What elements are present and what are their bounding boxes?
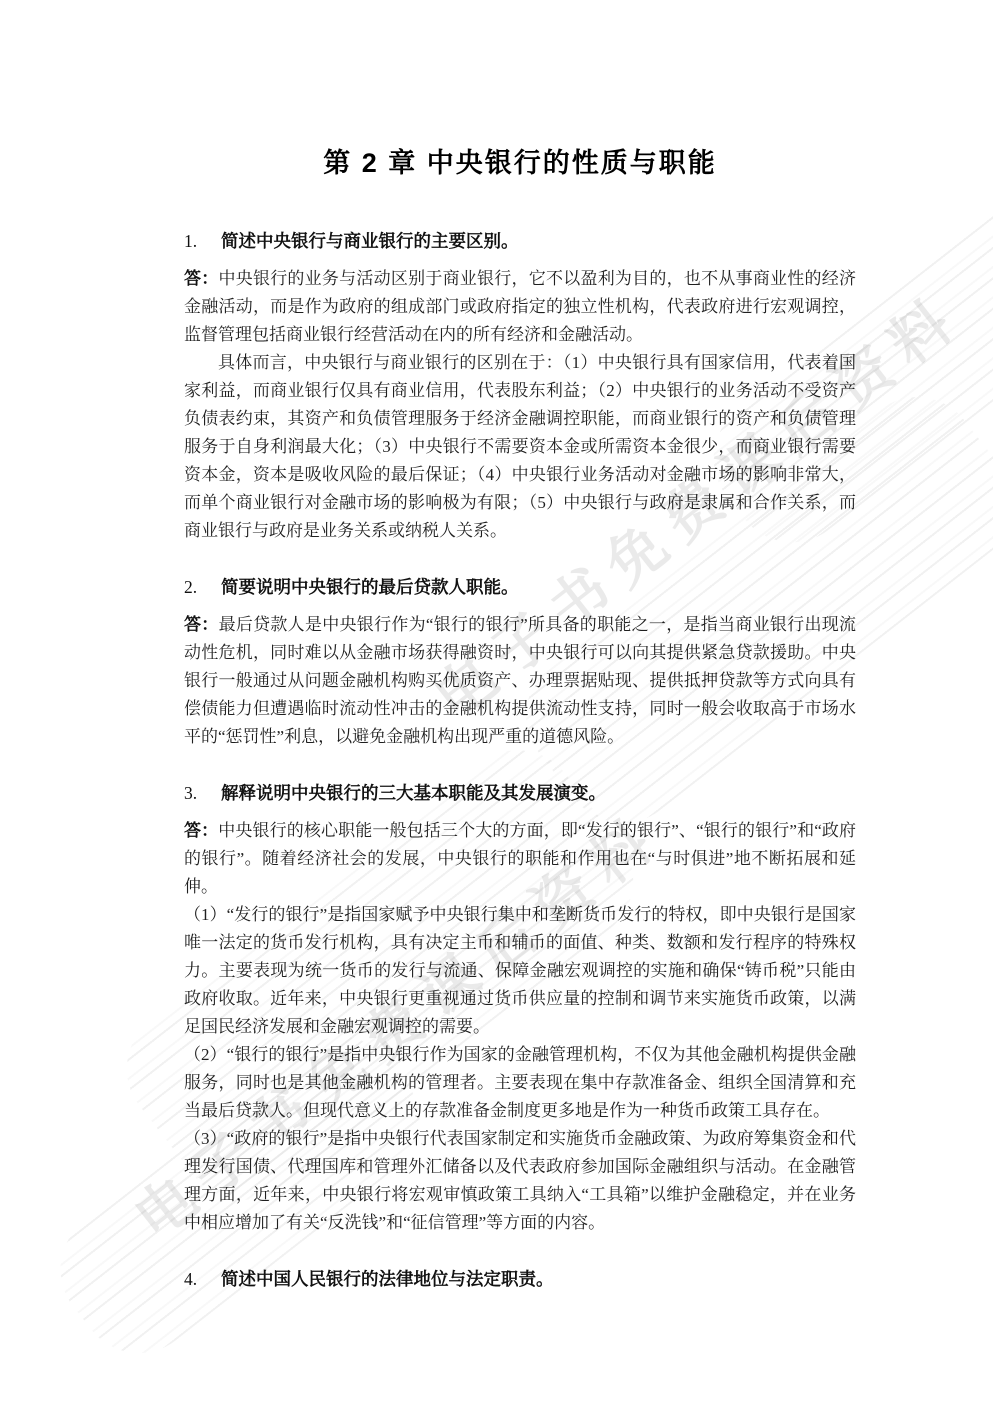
answer-text: 最后贷款人是中央银行作为“银行的银行”所具备的职能之一，是指当商业银行出现流动性…: [184, 615, 856, 746]
answer-text: 中央银行的核心职能一般包括三个大的方面，即“发行的银行”、“银行的银行”和“政府…: [184, 821, 856, 896]
question-item-3: 3. 解释说明中央银行的三大基本职能及其发展演变。: [184, 781, 856, 805]
answer-block-2: 答：最后贷款人是中央银行作为“银行的银行”所具备的职能之一，是指当商业银行出现流…: [184, 611, 856, 751]
answer-paragraph: （2）“银行的银行”是指中央银行作为国家的金融管理机构，不仅为其他金融机构提供金…: [184, 1041, 856, 1125]
question-number: 1.: [184, 229, 221, 253]
question-text: 简述中国人民银行的法律地位与法定职责。: [221, 1267, 554, 1291]
answer-block-3: 答：中央银行的核心职能一般包括三个大的方面，即“发行的银行”、“银行的银行”和“…: [184, 817, 856, 1237]
answer-paragraph: （3）“政府的银行”是指中央银行代表国家制定和实施货币金融政策、为政府筹集资金和…: [184, 1125, 856, 1237]
answer-label: 答：: [184, 821, 218, 840]
chapter-title: 第 2 章 中央银行的性质与职能: [184, 141, 856, 180]
answer-paragraph: 答：最后贷款人是中央银行作为“银行的银行”所具备的职能之一，是指当商业银行出现流…: [184, 611, 856, 751]
question-item-4: 4. 简述中国人民银行的法律地位与法定职责。: [184, 1267, 856, 1291]
answer-paragraph: （1）“发行的银行”是指国家赋予中央银行集中和垄断货币发行的特权，即中央银行是国…: [184, 901, 856, 1041]
question-text: 解释说明中央银行的三大基本职能及其发展演变。: [221, 781, 606, 805]
answer-block-1: 答：中央银行的业务与活动区别于商业银行，它不以盈利为目的，也不从事商业性的经济金…: [184, 265, 856, 545]
question-number: 2.: [184, 575, 221, 599]
question-text: 简述中央银行与商业银行的主要区别。: [221, 229, 519, 253]
question-text: 简要说明中央银行的最后贷款人职能。: [221, 575, 519, 599]
page-content: 第 2 章 中央银行的性质与职能 1. 简述中央银行与商业银行的主要区别。 答：…: [184, 0, 856, 1291]
answer-paragraph: 答：中央银行的业务与活动区别于商业银行，它不以盈利为目的，也不从事商业性的经济金…: [184, 265, 856, 349]
answer-label: 答：: [184, 269, 218, 288]
question-item-2: 2. 简要说明中央银行的最后贷款人职能。: [184, 575, 856, 599]
document-page: 电子书免费课后资料 电子书免费课后资料 第 2 章 中央银行的性质与职能 1. …: [0, 0, 993, 1404]
answer-paragraph: 具体而言，中央银行与商业银行的区别在于：（1）中央银行具有国家信用，代表着国家利…: [184, 349, 856, 545]
answer-paragraph: 答：中央银行的核心职能一般包括三个大的方面，即“发行的银行”、“银行的银行”和“…: [184, 817, 856, 901]
answer-text: 中央银行的业务与活动区别于商业银行，它不以盈利为目的，也不从事商业性的经济金融活…: [184, 269, 856, 344]
answer-label: 答：: [184, 615, 219, 634]
question-item-1: 1. 简述中央银行与商业银行的主要区别。: [184, 229, 856, 253]
question-number: 4.: [184, 1267, 221, 1291]
question-number: 3.: [184, 781, 221, 805]
